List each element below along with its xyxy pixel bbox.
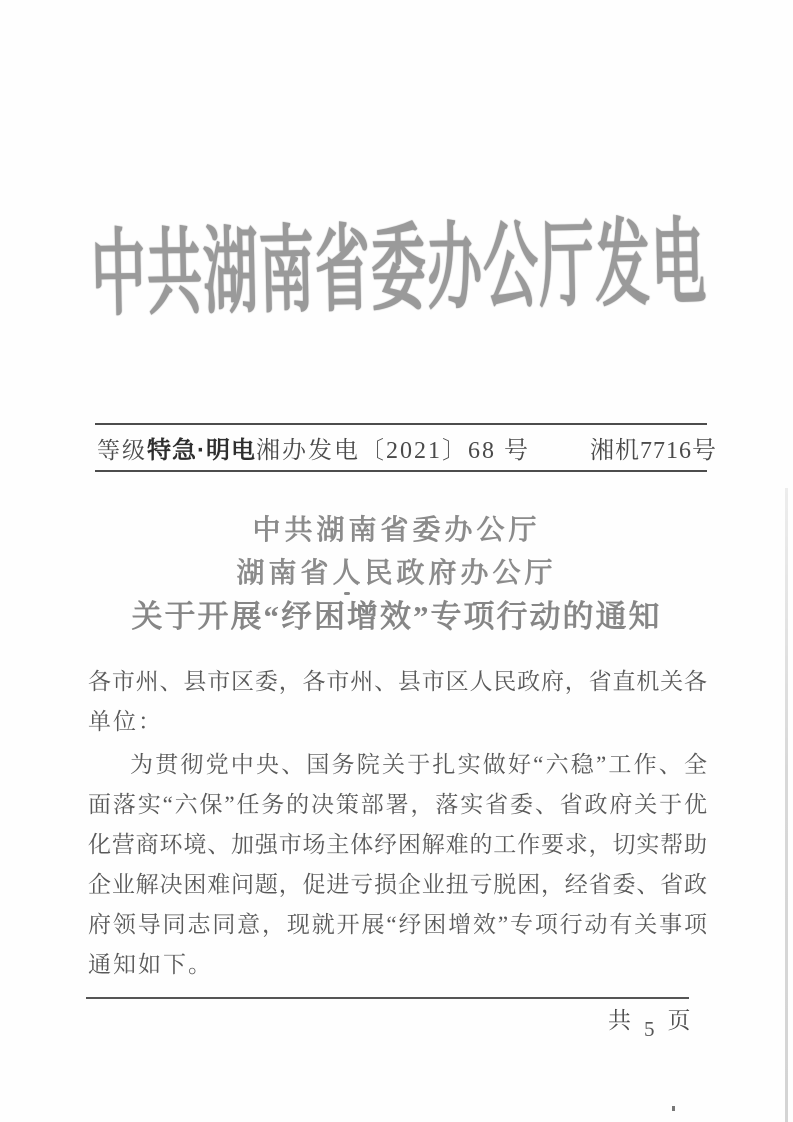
document-number: 湘办发电〔2021〕68 号 xyxy=(256,430,530,465)
telegram-banner-title: 中共湖南省委办公厅发电 xyxy=(86,149,712,391)
title-issuer-1: 中共湖南省委办公厅 xyxy=(0,509,793,552)
body-paragraph-line: 府领导同志同意，现就开展“纾困增效”专项行动有关事项 xyxy=(88,905,707,945)
body-paragraph-line: 面落实“六保”任务的决策部署，落实省委、省政府关于优 xyxy=(88,785,707,825)
salutation-line: 单位： xyxy=(88,702,707,742)
page-count-prefix: 共 xyxy=(608,1008,631,1034)
scan-speck xyxy=(672,1106,675,1111)
title-issuer-2: 湖南省人民政府办公厅 xyxy=(0,552,793,595)
page-count-suffix: 页 xyxy=(668,1008,691,1034)
document-title: 中共湖南省委办公厅 湖南省人民政府办公厅 关于开展“纾困增效”专项行动的通知 xyxy=(0,509,793,638)
body-paragraph-line: 企业解决困难问题，促进亏损企业扭亏脱困，经省委、省政 xyxy=(88,865,707,905)
grade-value: 特急·明电 xyxy=(147,437,256,464)
reference-row: 等级特急·明电 湘办发电〔2021〕68 号 湘机7716号 xyxy=(95,423,707,472)
page-count-footer: 共 5 页 xyxy=(608,1008,691,1041)
body-paragraph-line: 化营商环境、加强市场主体纾困解难的工作要求，切实帮助 xyxy=(88,825,707,865)
scan-speck xyxy=(344,592,350,595)
title-subject: 关于开展“纾困增效”专项行动的通知 xyxy=(0,595,793,638)
serial-number: 湘机7716号 xyxy=(590,430,717,465)
grade-label: 等级 xyxy=(97,438,147,463)
body-paragraph-line: 通知如下。 xyxy=(88,945,707,985)
urgency-grade: 等级特急·明电 xyxy=(97,430,256,465)
footer-rule xyxy=(86,997,689,999)
page-count-number: 5 xyxy=(644,1017,655,1041)
document-body: 各市州、县市区委，各市州、县市区人民政府，省直机关各 单位： 为贯彻党中央、国务… xyxy=(88,662,707,985)
scan-edge-artifact xyxy=(785,488,788,1122)
body-paragraph-line: 为贯彻党中央、国务院关于扎实做好“六稳”工作、全 xyxy=(88,745,707,785)
salutation-line: 各市州、县市区委，各市州、县市区人民政府，省直机关各 xyxy=(88,662,707,702)
scanned-document-page: 中共湖南省委办公厅发电 等级特急·明电 湘办发电〔2021〕68 号 湘机771… xyxy=(0,0,793,1122)
